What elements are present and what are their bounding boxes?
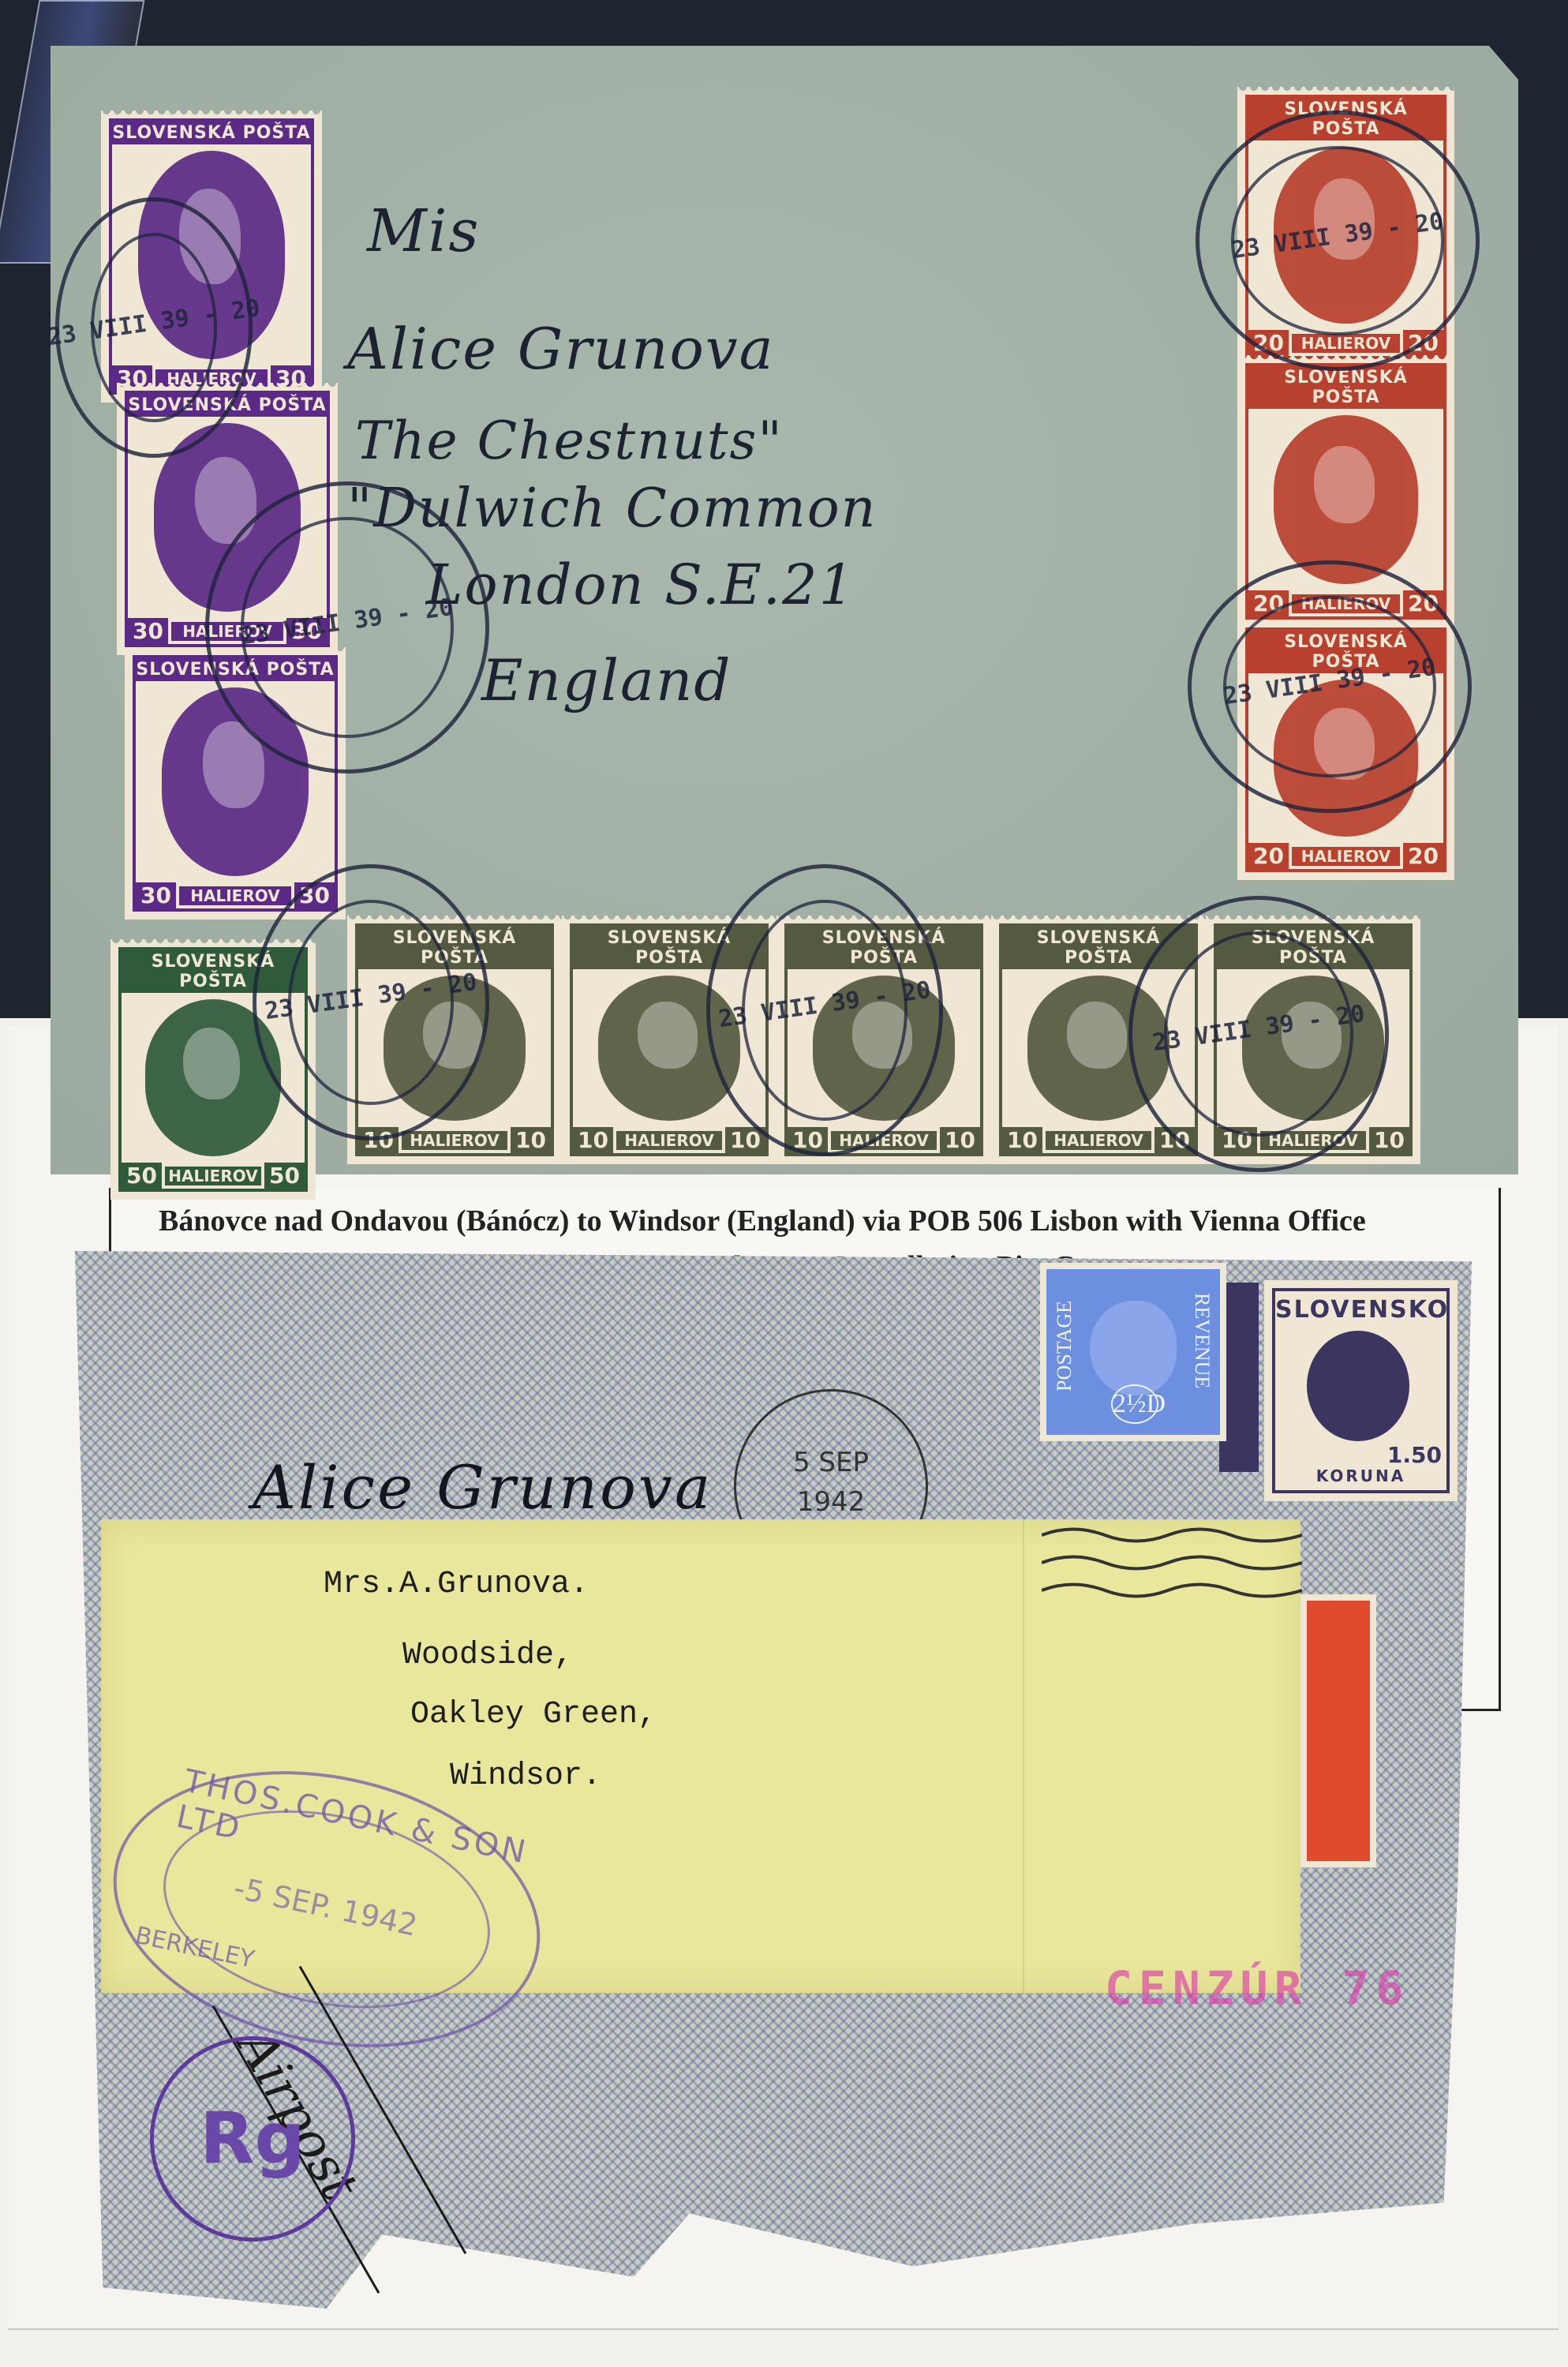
postmark: 23 VIII 39 - 20 <box>1188 560 1472 813</box>
king-portrait <box>1090 1301 1177 1395</box>
typed-line-4: Windsor. <box>450 1758 601 1794</box>
portrait <box>1274 415 1418 584</box>
handwritten-name: Alice Grunova <box>347 316 775 382</box>
handwritten-name: Alice Grunova <box>253 1452 713 1522</box>
postmark: 23 VIII 39 - 20 <box>55 197 253 458</box>
stamp-gb-george-vi: POSTAGE REVENUE 2½D <box>1040 1263 1226 1441</box>
handwritten-address-line-2: The Chestnuts" <box>355 410 784 471</box>
postmark: 23 VIII 39 - 20 <box>706 864 943 1156</box>
machine-cancel-wavy-lines <box>1042 1523 1302 1610</box>
handwritten-address-line-5: England <box>481 647 732 713</box>
stamp-slovensko-red <box>1300 1594 1376 1867</box>
censor-circle-mark: Rg <box>150 2036 355 2242</box>
handwritten-address-line-4: London S.E.21 <box>426 552 855 617</box>
postmark: 23 VIII 39 - 20 <box>1128 896 1389 1172</box>
postmark: 23 VIII 39 - 20 <box>205 481 489 773</box>
caption-line-1: Bánovce nad Ondavou (Bánócz) to Windsor … <box>159 1204 1366 1238</box>
typed-line-1: Mrs.A.Grunova. <box>324 1567 589 1602</box>
handwritten-salutation: Mis <box>367 197 480 265</box>
stamp-slovensko-koruna: SLOVENSKO 1.50 KORUNA <box>1264 1280 1458 1501</box>
postmark: 23 VIII 39 - 20 <box>1196 110 1480 371</box>
censor-strike: CENZÚR 76 <box>1105 1961 1409 2015</box>
typed-line-3: Oakley Green, <box>410 1697 657 1732</box>
postmark: 23 VIII 39 - 20 <box>253 864 489 1140</box>
typed-line-2: Woodside, <box>402 1638 573 1673</box>
portrait <box>1307 1331 1409 1441</box>
